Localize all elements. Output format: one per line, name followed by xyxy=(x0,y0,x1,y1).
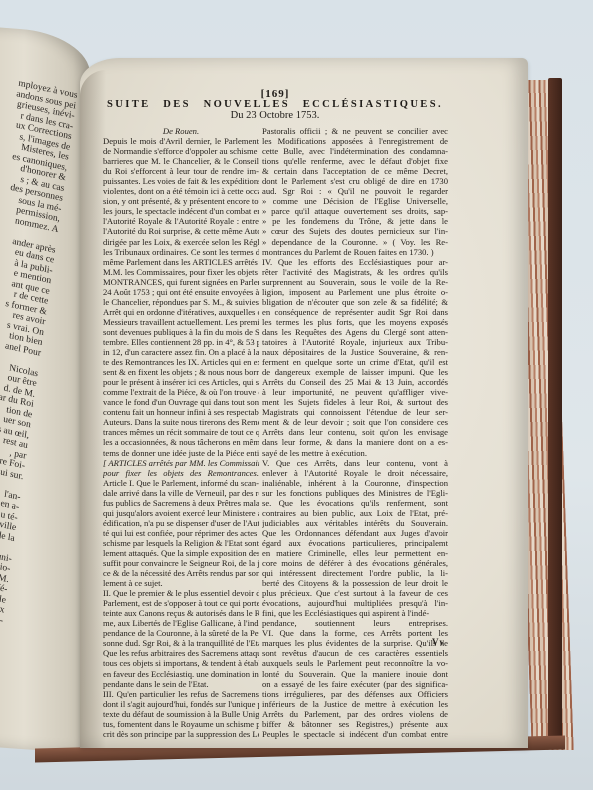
text-line: lement à ce sujet. xyxy=(103,578,259,588)
text-line: naux dépositaires de la Justice Souverai… xyxy=(262,347,448,357)
text-line: Arrêts du Parlement, par des ordres viol… xyxy=(262,709,448,719)
text-line: trances mêmes un récit sommaire de tout … xyxy=(103,427,259,437)
text-line: le Chancelier, répondues par S. M., & su… xyxy=(103,297,259,307)
book-photo: mployez à vousandons sous peigrieuses, i… xyxy=(0,0,593,790)
text-line: de Normandie s'efforce d'oppoler au schi… xyxy=(103,146,259,156)
left-column: De Rouen. Depuis le mois d'Avril dernier… xyxy=(103,126,259,739)
text-line: rêter l'activité des Magistrats, & les o… xyxy=(262,267,448,277)
text-line: VI. Que dans la forme, ces Arrêts porten… xyxy=(262,628,448,638)
text-line: fini, que les Ecclésiastiques qui aspire… xyxy=(262,608,448,618)
text-line: dont le Parlement s'est cru obligé de di… xyxy=(262,176,448,186)
text-line: MONTRANCES, qui furent signées en Parlem… xyxy=(103,277,259,287)
text-line: égard aux évocations particulieres, prin… xyxy=(262,538,448,548)
text-line: même Parlement dans les ARTICLES arrêtés… xyxy=(103,257,259,267)
section-heading: De Rouen. xyxy=(103,126,259,136)
text-line: comme l'extrait de la Piéce, & où l'on t… xyxy=(103,387,259,397)
text-line: sayé de les mettre à exécution. xyxy=(262,448,448,458)
signature-mark: Vv xyxy=(432,637,445,647)
text-line: ce & de la nécessité des Arrêts rendus p… xyxy=(103,568,259,578)
text-line: crit dès son principe par la suppression… xyxy=(103,729,259,739)
text-line: » pe les fondemens du Trône, & jette dan… xyxy=(262,216,448,226)
text-line: évocations, aujourd'hui multipliées pres… xyxy=(262,598,448,608)
text-line: enlever à l'Autorité Royale le droit néc… xyxy=(262,468,448,478)
text-line: tatoires à l'Autorité Royale, injurieux … xyxy=(262,337,448,347)
text-line: me, aux Libertés de l'Eglise Gallicane, … xyxy=(103,618,259,628)
title-word: NOUVELLES xyxy=(204,99,290,110)
text-line: teinte aux Canons reçus & autorisés dans… xyxy=(103,608,259,618)
text-line: dale arrivé dans la ville de Verneuil, p… xyxy=(103,488,259,498)
text-line: sont devenues publiques à la fin du mois… xyxy=(103,327,259,337)
text-line: Auteurs. Dans la suite nous tirerons des… xyxy=(103,417,259,427)
text-line: cette Bulle, avec l'indétermination des … xyxy=(262,146,448,156)
text-line: contraires au bien public, aux Loix de l… xyxy=(262,508,448,518)
text-line: Peuples le spectacle si indécent d'un co… xyxy=(262,729,448,739)
text-line: sion, y ont présenté, & y présentent enc… xyxy=(103,196,259,206)
text-line: pour fixer les objets des Remontrances. xyxy=(103,468,259,478)
text-line: Magistrats qui connoissent l'étendue de … xyxy=(262,407,448,417)
text-line: ligion, imposent au Parlement une plus é… xyxy=(262,287,448,297)
text-line: les termes les plus forts, que les moyen… xyxy=(262,317,448,327)
text-line: l'Autorité du Roi surprise, & cette même… xyxy=(103,226,259,236)
text-line: les Modifications apposées à l'enregistr… xyxy=(262,136,448,146)
text-line: III. Qu'en particulier les refus de Sacr… xyxy=(103,689,259,699)
text-line: on a essayé de les faire exécuter (par d… xyxy=(262,679,448,689)
text-line: barrieres que M. le Chancelier, & le Con… xyxy=(103,156,259,166)
text-line: [ ARTICLES arrêtés par MM. les Commissai… xyxy=(103,458,259,468)
text-line: sont revêtus d'aucun de ces caractères e… xyxy=(262,648,448,658)
text-line: » cœur des Sujets des doutes pernicieux … xyxy=(262,226,448,236)
text-line: édification, n'a pu se dispenser d'user … xyxy=(103,518,259,528)
text-line: à leur importunité, ne peuvent qu'afflig… xyxy=(262,387,448,397)
text-line: les a occasionnées, & nous tâcherons en … xyxy=(103,437,259,447)
text-line: surprennent au Souverain, sous le voile … xyxy=(262,277,448,287)
text-line: in 12, d'un caractere assez fin. On a pl… xyxy=(103,347,259,357)
text-line: ment les Sujets fideles à leur Roi, & su… xyxy=(262,397,448,407)
text-line: IV. Que les efforts des Ecclésiastiques … xyxy=(262,257,448,267)
text-line: & certain dans l'acceptation de ce même … xyxy=(262,166,448,176)
text-line: tembre. Elles contiennent 28 pp. in 4°, … xyxy=(103,337,259,347)
text-line: dans leur forme, & dans la maniere dont … xyxy=(262,437,448,447)
text-line: en faveur des Ecclésiastiq. une dominati… xyxy=(103,669,259,679)
issue-date: Du 23 Octobre 1753. xyxy=(105,110,445,121)
text-line: Article I. Que le Parlement, informé du … xyxy=(103,478,259,488)
text-line: dont il s'agit aujourd'hui, fondés sur l… xyxy=(103,699,259,709)
text-line: » parce qu'il attaque ouvertement ses dr… xyxy=(262,206,448,216)
text-line: pour le présent à insérer ici ces Articl… xyxy=(103,377,259,387)
text-line: pendance, soutiennent leurs entreprises. xyxy=(262,618,448,628)
right-column: Pastoralis officii ; & ne peuvent se con… xyxy=(262,126,448,739)
text-line: de dangereux exemple de laisser impuni. … xyxy=(262,367,448,377)
text-line: lonté du Souverain. Que la maniere inoui… xyxy=(262,669,448,679)
text-line: inaliénable, inhérent à la Couronne, d'i… xyxy=(262,478,448,488)
text-line: texte du défaut de soumission à la Bulle… xyxy=(103,709,259,719)
text-line: Depuis le mois d'Avril dernier, le Parle… xyxy=(103,136,259,146)
journal-title: SUITE DES NOUVELLES ECCLÉSIASTIQUES. xyxy=(105,99,445,110)
text-line: tus, fomentent dans le Royaume un schism… xyxy=(103,719,259,729)
text-line: sent & en fixent les objets ; & nous nou… xyxy=(103,367,259,377)
text-line: du Roi s'efforcent à leur tour de rendre… xyxy=(103,166,259,176)
text-line: auxquels seuls le Parlement peut reconno… xyxy=(262,658,448,668)
text-line: Pastoralis officii ; & ne peuvent se con… xyxy=(262,126,448,136)
text-line: plus précieux. Que c'est surtout à la fa… xyxy=(262,588,448,598)
text-line: sonne dud. Sgr Roi, & à la tranquillité … xyxy=(103,638,259,648)
text-line: fus publics de Sacremens à deux Prêtres … xyxy=(103,498,259,508)
text-line: 24 Août 1753 ; qui ont été ensuite envoy… xyxy=(103,287,259,297)
text-line: qui jusqu'alors avoient exercé leur Mini… xyxy=(103,508,259,518)
text-line: tions irrégulieres, par des défenses aux… xyxy=(262,689,448,699)
text-line: schisme par lesquels la Religion & l'Eta… xyxy=(103,538,259,548)
text-line: té qui lui est confiée, pour réprimer de… xyxy=(103,528,259,538)
text-line: Arrêts dans leur contenu, soit qu'on les… xyxy=(262,427,448,437)
text-line: judiciables aux véritables intérêts du S… xyxy=(262,518,448,528)
text-line: bligation de n'écouter que son zele & sa… xyxy=(262,297,448,307)
text-line: suffit pour convaincre le Seigneur Roi, … xyxy=(103,558,259,568)
text-line: tems de donner une idée juste de la Piéc… xyxy=(103,448,259,458)
book-cover-edge xyxy=(548,78,562,746)
text-line: tions qu'elle renferme, avec le défaut d… xyxy=(262,156,448,166)
text-line: dans les Requêtes des Agens du Clergé so… xyxy=(262,327,448,337)
title-word: SUITE xyxy=(107,99,151,110)
text-line: Arrêts du Conseil des 25 Mai & 13 Juin, … xyxy=(262,377,448,387)
text-line: V. Que ces Arrêts, dans leur contenu, vo… xyxy=(262,458,448,468)
left-page: mployez à vousandons sous peigrieuses, i… xyxy=(0,26,90,754)
text-line: » comme une Décision de l'Eglise Univers… xyxy=(262,196,448,206)
text-line: montrances du Parlemt de Rouen faites en… xyxy=(262,247,448,257)
text-line: ment & de leur devoir ; soit que l'on co… xyxy=(262,417,448,427)
text-line: en matiere Criminelle, elles leur permet… xyxy=(262,548,448,558)
text-line: II. Que le premier & le plus essentiel d… xyxy=(103,588,259,598)
text-line: ferment en quelque sorte un crime d'Etat… xyxy=(262,357,448,367)
title-word: DES xyxy=(163,99,191,110)
text-line: aud. Sgr Roi : « Qu'il ne pouvoit le reg… xyxy=(262,186,448,196)
text-line: te des Remontrances les IX. Articles qui… xyxy=(103,357,259,367)
text-line: inférieurs de la Justice de mettre à exé… xyxy=(262,699,448,709)
text-line: » dependance de la Couronne. » ( Voy. le… xyxy=(262,237,448,247)
text-line: Arrêt qui en ordonne d'itératives, auxqu… xyxy=(103,307,259,317)
text-line: berté des Citoyens & la possession de le… xyxy=(262,578,448,588)
text-line: l'Autorité Royale & l'Autorité Royale : … xyxy=(103,216,259,226)
text-line: se. Que les évocations qu'ils renferment… xyxy=(262,498,448,508)
text-line: puissantes. Les voies de fait & les expé… xyxy=(103,176,259,186)
text-line: en conséquence de représenter audit Sgr … xyxy=(262,307,448,317)
text-line: pendance de la Couronne, à la sûreté de … xyxy=(103,628,259,638)
text-line: Que les refus arbitraires des Sacremens … xyxy=(103,648,259,658)
text-line: dirigée par les Loix, & exercée selon le… xyxy=(103,237,259,247)
text-line: contenu fait un honneur infini à ses res… xyxy=(103,407,259,417)
title-word: ECCLÉSIASTIQUES. xyxy=(303,99,443,110)
page-header: [169] SUITE DES NOUVELLES ECCLÉSIASTIQUE… xyxy=(105,88,445,121)
text-line: vance le fond d'un Ouvrage qui dans tout… xyxy=(103,397,259,407)
text-line: M.M. les Commissaires, pour fixer les ob… xyxy=(103,267,259,277)
text-line: marques les plus évidentes de la surpris… xyxy=(262,638,448,648)
text-line: biffer & bâtonner ses Registres,) présen… xyxy=(262,719,448,729)
text-line: violentes, dont on a été témoin ici à ce… xyxy=(103,186,259,196)
text-line: les jours, le spectacle indécent d'un co… xyxy=(103,206,259,216)
text-line: Que les Ordonnances défendant aux Juges … xyxy=(262,528,448,538)
text-line: lement attaqués. Que la simple expositio… xyxy=(103,548,259,558)
text-line: les Tribunaux ordinaires. Ce sont les te… xyxy=(103,247,259,257)
text-line: sur les fonctions publiques des Ministre… xyxy=(262,488,448,498)
left-page-text: mployez à vousandons sous peigrieuses, i… xyxy=(0,78,78,626)
text-line: pendante dans le sein de l'Etat. xyxy=(103,679,259,689)
text-line: tous ces objets si importans, & tendent … xyxy=(103,658,259,668)
text-line: Parlement, est de s'opposer à tout ce qu… xyxy=(103,598,259,608)
text-line: qui intéressent directement l'ordre publ… xyxy=(262,568,448,578)
text-line: core moins de déférer à des évocations g… xyxy=(262,558,448,568)
text-line: Messieurs travaillent actuellement. Les … xyxy=(103,317,259,327)
